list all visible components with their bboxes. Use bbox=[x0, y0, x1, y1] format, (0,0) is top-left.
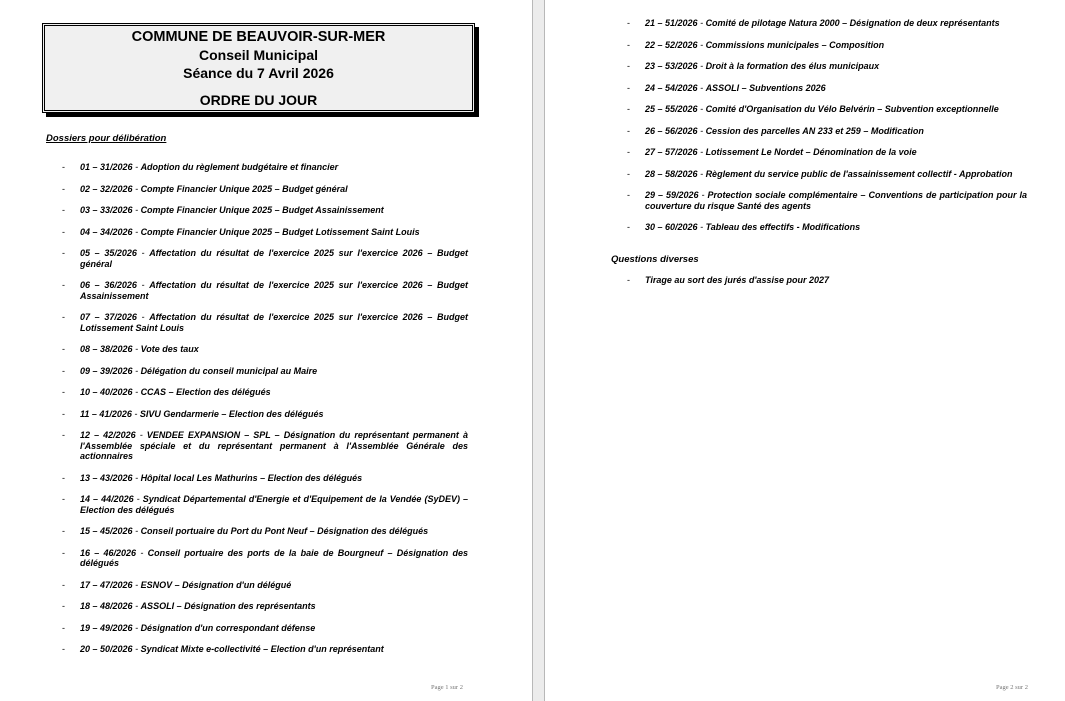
item-number: 18 – 48/2026 bbox=[80, 601, 133, 611]
item-separator: - bbox=[133, 623, 141, 633]
item-number: 27 – 57/2026 bbox=[645, 147, 698, 157]
document-page-1: COMMUNE DE BEAUVOIR-SUR-MER Conseil Muni… bbox=[0, 0, 532, 701]
agenda-item: -30 – 60/2026 - Tableau des effectifs - … bbox=[627, 222, 1027, 233]
agenda-item: -13 – 43/2026 - Hôpital local Les Mathur… bbox=[62, 473, 468, 484]
item-separator: - bbox=[133, 205, 141, 215]
item-text: Désignation d'un correspondant défense bbox=[141, 623, 316, 633]
bullet-dash: - bbox=[627, 169, 630, 180]
item-separator: - bbox=[137, 280, 149, 290]
bullet-dash: - bbox=[627, 40, 630, 51]
agenda-item: -25 – 55/2026 - Comité d'Organisation du… bbox=[627, 104, 1027, 115]
item-number: 10 – 40/2026 bbox=[80, 387, 133, 397]
agenda-item: -22 – 52/2026 - Commissions municipales … bbox=[627, 40, 1027, 51]
item-number: 20 – 50/2026 bbox=[80, 644, 133, 654]
item-number: 03 – 33/2026 bbox=[80, 205, 133, 215]
bullet-dash: - bbox=[627, 83, 630, 94]
bullet-dash: - bbox=[627, 190, 630, 201]
bullet-dash: - bbox=[62, 548, 65, 559]
item-number: 01 – 31/2026 bbox=[80, 162, 133, 172]
deliberation-list-page-2: -21 – 51/2026 - Comité de pilotage Natur… bbox=[627, 18, 1027, 244]
item-separator: - bbox=[137, 248, 149, 258]
bullet-dash: - bbox=[627, 126, 630, 137]
item-text: Vote des taux bbox=[141, 344, 199, 354]
bullet-dash: - bbox=[627, 222, 630, 233]
agenda-item: -06 – 36/2026 - Affectation du résultat … bbox=[62, 280, 468, 301]
agenda-item: -21 – 51/2026 - Comité de pilotage Natur… bbox=[627, 18, 1027, 29]
item-separator: - bbox=[699, 190, 708, 200]
item-number: 30 – 60/2026 bbox=[645, 222, 698, 232]
item-separator: - bbox=[132, 409, 140, 419]
bullet-dash: - bbox=[62, 623, 65, 634]
item-text: ASSOLI – Subventions 2026 bbox=[706, 83, 826, 93]
agenda-item: -05 – 35/2026 - Affectation du résultat … bbox=[62, 248, 468, 269]
item-text: Compte Financier Unique 2025 – Budget Lo… bbox=[141, 227, 420, 237]
item-number: 02 – 32/2026 bbox=[80, 184, 133, 194]
item-separator: - bbox=[133, 227, 141, 237]
item-separator: - bbox=[133, 644, 141, 654]
item-separator: - bbox=[698, 18, 706, 28]
item-number: 23 – 53/2026 bbox=[645, 61, 698, 71]
item-text: Cession des parcelles AN 233 et 259 – Mo… bbox=[706, 126, 924, 136]
item-text: Droit à la formation des élus municipaux bbox=[706, 61, 880, 71]
agenda-item: -07 – 37/2026 - Affectation du résultat … bbox=[62, 312, 468, 333]
item-separator: - bbox=[136, 430, 147, 440]
agenda-item: -15 – 45/2026 - Conseil portuaire du Por… bbox=[62, 526, 468, 537]
agenda-item: -01 – 31/2026 - Adoption du règlement bu… bbox=[62, 162, 468, 173]
item-text: SIVU Gendarmerie – Election des délégués bbox=[140, 409, 324, 419]
item-separator: - bbox=[136, 548, 148, 558]
item-text: Comité de pilotage Natura 2000 – Désigna… bbox=[706, 18, 1000, 28]
item-text: Délégation du conseil municipal au Maire bbox=[141, 366, 318, 376]
bullet-dash: - bbox=[62, 473, 65, 484]
item-text: Tableau des effectifs - Modifications bbox=[706, 222, 861, 232]
item-number: 25 – 55/2026 bbox=[645, 104, 698, 114]
item-separator: - bbox=[133, 387, 141, 397]
bullet-dash: - bbox=[62, 430, 65, 441]
agenda-item: -Tirage au sort des jurés d'assise pour … bbox=[627, 275, 1027, 286]
item-separator: - bbox=[133, 344, 141, 354]
bullet-dash: - bbox=[62, 280, 65, 291]
item-text: Syndicat Mixte e-collectivité – Election… bbox=[141, 644, 384, 654]
item-number: 08 – 38/2026 bbox=[80, 344, 133, 354]
agenda-item: -19 – 49/2026 - Désignation d'un corresp… bbox=[62, 623, 468, 634]
item-text: Conseil portuaire du Port du Pont Neuf –… bbox=[141, 526, 429, 536]
item-number: 07 – 37/2026 bbox=[80, 312, 137, 322]
item-separator: - bbox=[698, 147, 706, 157]
item-separator: - bbox=[698, 222, 706, 232]
section-deliberation-title: Dossiers pour délibération bbox=[46, 133, 166, 144]
bullet-dash: - bbox=[62, 366, 65, 377]
item-text: Comité d'Organisation du Vélo Belvérin –… bbox=[706, 104, 999, 114]
bullet-dash: - bbox=[62, 644, 65, 655]
agenda-title: ORDRE DU JOUR bbox=[45, 91, 472, 109]
item-number: 16 – 46/2026 bbox=[80, 548, 136, 558]
item-number: 21 – 51/2026 bbox=[645, 18, 698, 28]
item-separator: - bbox=[698, 83, 706, 93]
item-number: 22 – 52/2026 bbox=[645, 40, 698, 50]
item-separator: - bbox=[133, 473, 141, 483]
item-number: 15 – 45/2026 bbox=[80, 526, 133, 536]
item-number: 24 – 54/2026 bbox=[645, 83, 698, 93]
item-text: Règlement du service public de l'assaini… bbox=[706, 169, 1013, 179]
agenda-item: -28 – 58/2026 - Règlement du service pub… bbox=[627, 169, 1027, 180]
item-number: 29 – 59/2026 bbox=[645, 190, 699, 200]
item-text: Compte Financier Unique 2025 – Budget As… bbox=[141, 205, 384, 215]
agenda-item: -27 – 57/2026 - Lotissement Le Nordet – … bbox=[627, 147, 1027, 158]
agenda-item: -10 – 40/2026 - CCAS – Election des délé… bbox=[62, 387, 468, 398]
bullet-dash: - bbox=[62, 227, 65, 238]
item-separator: - bbox=[133, 601, 141, 611]
agenda-item: -03 – 33/2026 - Compte Financier Unique … bbox=[62, 205, 468, 216]
page-number-1: Page 1 sur 2 bbox=[431, 684, 463, 691]
item-number: 06 – 36/2026 bbox=[80, 280, 137, 290]
item-separator: - bbox=[698, 61, 706, 71]
title-box: COMMUNE DE BEAUVOIR-SUR-MER Conseil Muni… bbox=[42, 23, 475, 113]
item-text: Compte Financier Unique 2025 – Budget gé… bbox=[141, 184, 348, 194]
agenda-item: -08 – 38/2026 - Vote des taux bbox=[62, 344, 468, 355]
bullet-dash: - bbox=[62, 409, 65, 420]
item-separator: - bbox=[134, 494, 143, 504]
bullet-dash: - bbox=[62, 580, 65, 591]
commune-title: COMMUNE DE BEAUVOIR-SUR-MER bbox=[45, 29, 472, 46]
item-number: 26 – 56/2026 bbox=[645, 126, 698, 136]
bullet-dash: - bbox=[62, 344, 65, 355]
questions-list: -Tirage au sort des jurés d'assise pour … bbox=[627, 275, 1027, 297]
bullet-dash: - bbox=[627, 147, 630, 158]
item-number: 13 – 43/2026 bbox=[80, 473, 133, 483]
bullet-dash: - bbox=[62, 248, 65, 259]
agenda-item: -09 – 39/2026 - Délégation du conseil mu… bbox=[62, 366, 468, 377]
item-text: Adoption du règlement budgétaire et fina… bbox=[141, 162, 339, 172]
page-number-2: Page 2 sur 2 bbox=[996, 684, 1028, 691]
item-text: CCAS – Election des délégués bbox=[141, 387, 271, 397]
item-separator: - bbox=[133, 366, 141, 376]
council-title: Conseil Municipal bbox=[45, 46, 472, 64]
agenda-item: -12 – 42/2026 - VENDEE EXPANSION – SPL –… bbox=[62, 430, 468, 462]
agenda-item: -04 – 34/2026 - Compte Financier Unique … bbox=[62, 227, 468, 238]
agenda-item: -11 – 41/2026 - SIVU Gendarmerie – Elect… bbox=[62, 409, 468, 420]
item-number: 14 – 44/2026 bbox=[80, 494, 134, 504]
agenda-item: -17 – 47/2026 - ESNOV – Désignation d'un… bbox=[62, 580, 468, 591]
item-text: ASSOLI – Désignation des représentants bbox=[141, 601, 316, 611]
bullet-dash: - bbox=[627, 104, 630, 115]
item-separator: - bbox=[698, 104, 706, 114]
agenda-item: -02 – 32/2026 - Compte Financier Unique … bbox=[62, 184, 468, 195]
bullet-dash: - bbox=[62, 205, 65, 216]
item-number: 04 – 34/2026 bbox=[80, 227, 133, 237]
bullet-dash: - bbox=[627, 18, 630, 29]
section-questions-title: Questions diverses bbox=[611, 254, 699, 265]
bullet-dash: - bbox=[62, 526, 65, 537]
item-number: 12 – 42/2026 bbox=[80, 430, 136, 440]
item-separator: - bbox=[133, 184, 141, 194]
item-number: 17 – 47/2026 bbox=[80, 580, 133, 590]
item-text: Hôpital local Les Mathurins – Election d… bbox=[141, 473, 363, 483]
agenda-item: -20 – 50/2026 - Syndicat Mixte e-collect… bbox=[62, 644, 468, 655]
agenda-item: -23 – 53/2026 - Droit à la formation des… bbox=[627, 61, 1027, 72]
item-separator: - bbox=[698, 126, 706, 136]
item-number: 11 – 41/2026 bbox=[80, 409, 132, 419]
bullet-dash: - bbox=[627, 275, 630, 286]
bullet-dash: - bbox=[62, 184, 65, 195]
agenda-item: -18 – 48/2026 - ASSOLI – Désignation des… bbox=[62, 601, 468, 612]
item-separator: - bbox=[133, 580, 141, 590]
agenda-item: -26 – 56/2026 - Cession des parcelles AN… bbox=[627, 126, 1027, 137]
item-text: Lotissement Le Nordet – Dénomination de … bbox=[706, 147, 917, 157]
bullet-dash: - bbox=[62, 601, 65, 612]
agenda-item: -16 – 46/2026 - Conseil portuaire des po… bbox=[62, 548, 468, 569]
item-number: 09 – 39/2026 bbox=[80, 366, 133, 376]
item-separator: - bbox=[698, 169, 706, 179]
page-gutter bbox=[532, 0, 545, 701]
bullet-dash: - bbox=[62, 162, 65, 173]
bullet-dash: - bbox=[627, 61, 630, 72]
agenda-item: -29 – 59/2026 - Protection sociale compl… bbox=[627, 190, 1027, 211]
item-separator: - bbox=[137, 312, 149, 322]
item-separator: - bbox=[133, 526, 141, 536]
agenda-item: -24 – 54/2026 - ASSOLI – Subventions 202… bbox=[627, 83, 1027, 94]
item-number: 28 – 58/2026 bbox=[645, 169, 698, 179]
session-date: Séance du 7 Avril 2026 bbox=[45, 64, 472, 82]
item-separator: - bbox=[698, 40, 706, 50]
deliberation-list-page-1: -01 – 31/2026 - Adoption du règlement bu… bbox=[62, 162, 468, 666]
item-text: Tirage au sort des jurés d'assise pour 2… bbox=[645, 275, 829, 285]
agenda-item: -14 – 44/2026 - Syndicat Départemental d… bbox=[62, 494, 468, 515]
item-text: ESNOV – Désignation d'un délégué bbox=[141, 580, 292, 590]
item-separator: - bbox=[133, 162, 141, 172]
item-number: 05 – 35/2026 bbox=[80, 248, 137, 258]
item-text: Commissions municipales – Composition bbox=[706, 40, 885, 50]
item-number: 19 – 49/2026 bbox=[80, 623, 133, 633]
bullet-dash: - bbox=[62, 387, 65, 398]
bullet-dash: - bbox=[62, 494, 65, 505]
bullet-dash: - bbox=[62, 312, 65, 323]
